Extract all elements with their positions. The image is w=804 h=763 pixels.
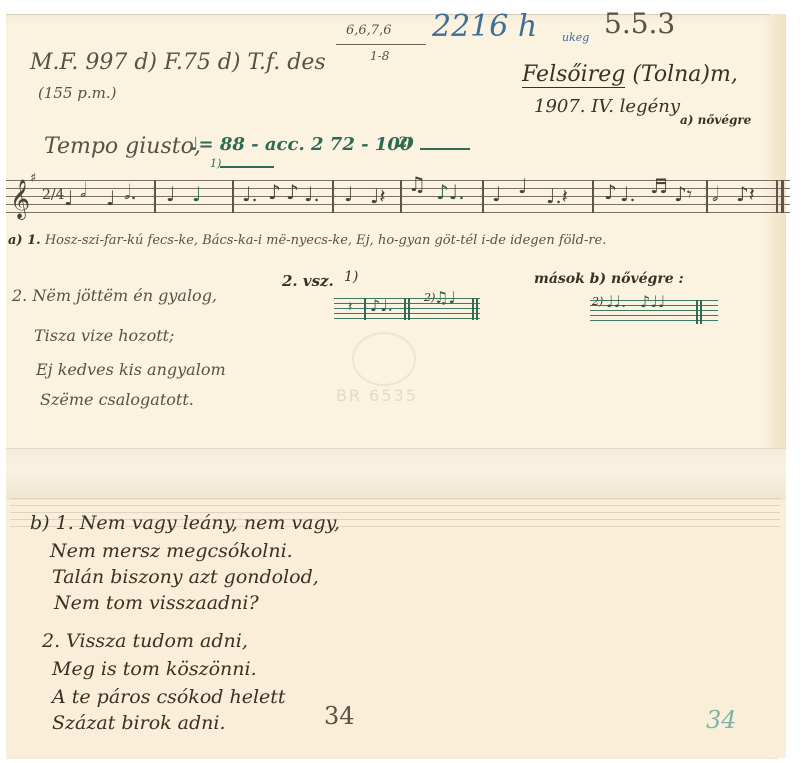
page-number-green: 34 <box>706 708 737 732</box>
metronome-mark: ♩= 88 - acc. 2 72 - 100 <box>190 136 412 154</box>
quarter-note-icon: ♩ <box>106 188 115 208</box>
archive-note: ukeg <box>562 32 589 43</box>
section-b-verse2-line-1: 2. Vissza tudom adni, <box>42 632 248 651</box>
section-b-verse1-line-2: Nem mersz megcsókolni. <box>50 542 293 561</box>
notes-icon: ♩♩. <box>606 294 626 310</box>
quarter-note-icon: ♩ <box>64 188 73 208</box>
barline <box>592 180 594 213</box>
county-name: (Tolna)m, <box>632 62 738 87</box>
beamed-sixteenth-notes-icon: ♬ <box>650 176 668 196</box>
eighth-note-icon: ♪♩. <box>370 298 393 314</box>
time-signature: 2/4 <box>42 188 65 202</box>
verse2-line-3: Ej kedves kis angyalom <box>36 362 226 378</box>
final-barline <box>776 180 778 213</box>
location-name: Felsőireg <box>522 62 625 88</box>
verse-label: a) 1. <box>8 233 41 248</box>
double-barline <box>476 298 478 320</box>
quarter-note-icon: ♩ <box>166 184 175 204</box>
half-note-icon: 𝅗𝅥 <box>80 180 86 200</box>
section-b-verse1-line-4: Nem tom visszaadni? <box>54 594 259 613</box>
dotted-quarter-note-icon: ♩. <box>304 184 320 204</box>
footnote-line-1 <box>220 166 274 168</box>
paper-fold <box>6 448 786 502</box>
dotted-quarter-note-icon: ♩. <box>242 184 258 204</box>
double-barline <box>408 298 410 320</box>
variant-mark-1: 1) <box>344 270 358 284</box>
key-signature: ♯ <box>30 172 36 185</box>
verse2-line-2: Tisza vize hozott; <box>34 328 174 344</box>
double-barline <box>696 300 698 324</box>
barline <box>232 180 234 213</box>
main-lyrics: Hosz-szi-far-kú fecs-ke, Bács-ka-i më-ny… <box>45 233 607 248</box>
eighth-note-icon: ♪𝄽 <box>736 184 755 204</box>
treble-clef-icon: 𝄞 <box>10 182 30 216</box>
beamed-notes-icon: ♫♩ <box>434 290 456 306</box>
eighth-note-icon: ♪♩. <box>436 182 465 202</box>
section-b-verse2-line-3: A te páros csókod helett <box>52 688 286 707</box>
barline <box>332 180 334 213</box>
section-b-verse2-line-2: Meg is tom köszönni. <box>52 660 257 679</box>
eighth-note-icon: ♪ <box>286 182 299 202</box>
double-barline <box>700 300 702 324</box>
archive-stamp <box>352 332 416 386</box>
lyrics-line: a) 1. Hosz-szi-far-kú fecs-ke, Bács-ka-i… <box>8 234 606 247</box>
eighth-note-icon: ♪ <box>604 182 617 202</box>
dotted-quarter-note-icon: ♩.𝄽 <box>546 186 568 206</box>
barline <box>364 298 366 320</box>
archive-number: 2216 h <box>432 12 537 42</box>
beamed-notes-icon: ♫ <box>408 174 426 194</box>
fraction-rule <box>336 44 426 45</box>
double-barline <box>472 298 474 320</box>
final-barline-thick <box>781 180 784 213</box>
masok-label: mások b) nővégre : <box>534 272 684 286</box>
fraction-bottom: 1-8 <box>370 50 389 62</box>
verse2-line-1: 2. Nëm jöttëm én gyalog, <box>12 288 217 304</box>
variant-2vsz-label: 2. vsz. <box>282 274 334 289</box>
main-music-staff: 𝄞 ♯ 2/4 ♩ 𝅗𝅥 ♩ 𝅗𝅥. ♩ ♩ ♩. ♪ ♪ ♩. ♩ ♩𝄽 ♫ … <box>6 180 790 220</box>
section-b-verse1-line-3: Talán biszony azt gondolod, <box>52 568 319 587</box>
section-b-verse1-line-1: b) 1. Nem vagy leány, nem vagy, <box>30 514 340 533</box>
barline <box>400 180 402 213</box>
barline <box>154 180 156 213</box>
fraction-top: 6,6,7,6 <box>346 24 391 37</box>
tempo-label: Tempo giusto, <box>44 136 201 158</box>
structure-code: 5.5.3 <box>604 10 675 38</box>
notes-icon: ♪♩♩ <box>640 294 665 310</box>
page-reference: (155 p.m.) <box>38 86 116 101</box>
eighth-rest-icon: ♪𝄾 <box>674 184 692 204</box>
catalog-reference: M.F. 997 d) F.75 d) T.f. des <box>30 52 326 74</box>
dotted-half-note-icon: 𝅗𝅥. <box>124 182 137 202</box>
quarter-rest-icon: ♩𝄽 <box>370 186 386 206</box>
quarter-note-icon: ♩ <box>344 184 353 204</box>
quarter-note-icon: ♩ <box>192 184 201 204</box>
date-singer: 1907. IV. legény <box>534 98 680 116</box>
footnote-mark-2: 2) <box>398 136 414 150</box>
variant-a-label: a) nővégre <box>680 114 751 126</box>
barline <box>706 180 708 213</box>
double-barline <box>404 298 406 320</box>
page-number-pencil: 34 <box>324 704 355 728</box>
dotted-quarter-note-icon: ♩. <box>620 184 636 204</box>
faint-staff-line <box>10 498 780 499</box>
footnote-line-2 <box>420 148 470 150</box>
quarter-note-icon: ♩ <box>518 176 527 196</box>
variant-staff-2: ♩♩. ♪♩♩ <box>590 300 718 324</box>
section-b-verse2-line-4: Százat birok adni. <box>52 714 226 733</box>
half-note-icon: 𝅗𝅥 <box>712 184 718 204</box>
stamp-text: BR 6535 <box>336 386 418 405</box>
variant-staff-1: 𝄽 ♪♩. ♫♩ <box>334 298 480 322</box>
faint-staff-line <box>10 505 780 506</box>
eighth-note-icon: ♪ <box>268 182 281 202</box>
verse2-line-4: Szëme csalogatott. <box>40 392 194 408</box>
barline <box>482 180 484 213</box>
quarter-note-icon: ♩ <box>492 184 501 204</box>
rest-icon: 𝄽 <box>348 300 352 314</box>
